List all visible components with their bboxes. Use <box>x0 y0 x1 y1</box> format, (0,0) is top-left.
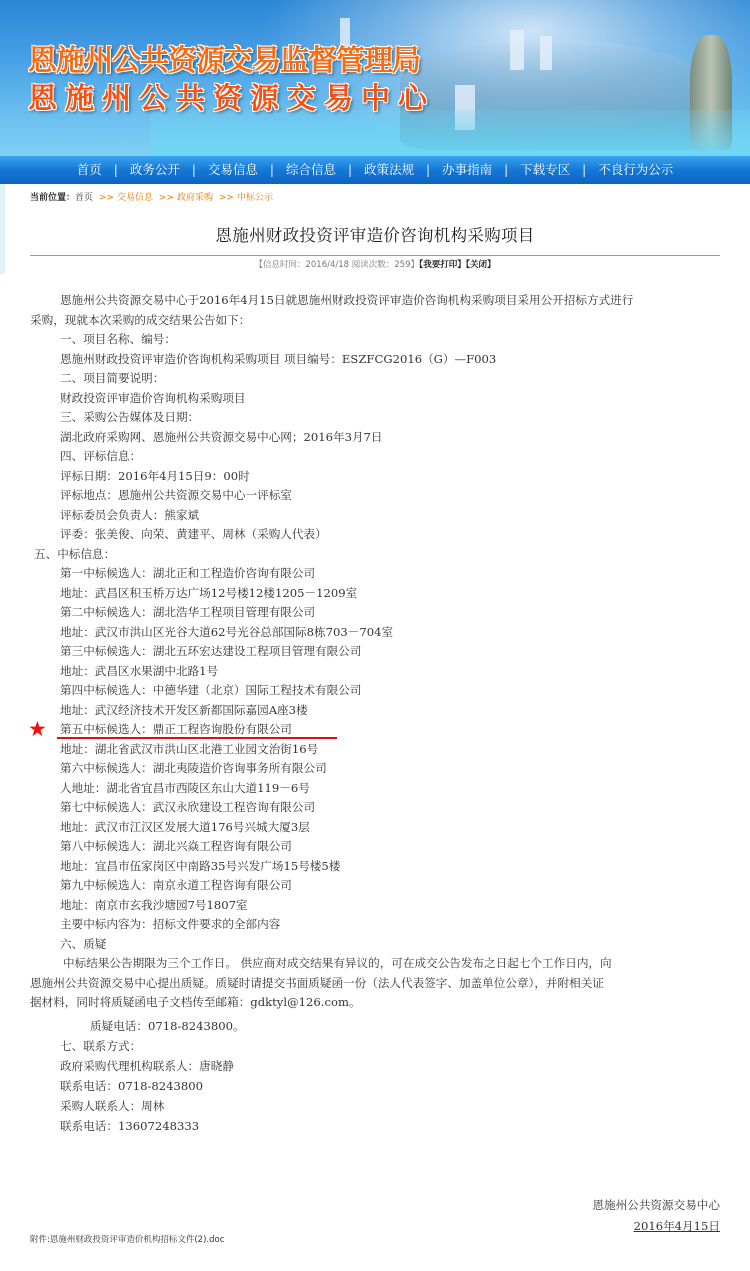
nav-policies[interactable]: 政策法规 <box>352 156 426 184</box>
section-heading: 五、中标信息： <box>34 545 115 564</box>
candidate-5-address: 地址：湖北省武汉市洪山区北港工业园文治街16号 <box>60 740 318 759</box>
evaluation-location: 评标地点：恩施州公共资源交易中心一评标室 <box>60 486 292 505</box>
breadcrumb: 当前位置：首页 >>交易信息 >>政府采购 >>中标公示 <box>30 190 273 203</box>
announcement-media: 湖北政府采购网、恩施州公共资源交易中心网；2016年3月7日 <box>60 428 383 447</box>
signature-date: 2016年4月15日 <box>634 1218 720 1234</box>
candidate-3-address: 地址：武昌区水果湖中北路1号 <box>60 662 218 681</box>
banner-title-center: 恩施州公共资源交易中心 <box>28 76 435 117</box>
signature-org: 恩施州公共资源交易中心 <box>592 1197 720 1213</box>
banner-building <box>510 30 524 70</box>
objection-paragraph-cont: 恩施州公共资源交易中心提出质疑。质疑时请提交书面质疑函一份（法人代表签字、加盖单… <box>30 974 604 993</box>
candidate-9: 第九中标候选人：南京永道工程咨询有限公司 <box>60 876 292 895</box>
candidate-8: 第八中标候选人：湖北兴焱工程咨询有限公司 <box>60 837 292 856</box>
nav-government-affairs[interactable]: 政务公开 <box>118 156 192 184</box>
evaluation-date: 评标日期：2016年4月15日9：00时 <box>60 467 250 486</box>
candidate-4: 第四中标候选人：中德华建（北京）国际工程技术有限公司 <box>60 681 361 700</box>
article-title: 恩施州财政投资评审造价咨询机构采购项目 <box>0 222 750 246</box>
nav-general-info[interactable]: 综合信息 <box>274 156 348 184</box>
candidate-6-address: 人地址：湖北省宜昌市西陵区东山大道119－6号 <box>60 779 310 798</box>
project-name-number: 恩施州财政投资评审造价咨询机构采购项目 项目编号：ESZFCG2016（G）—F… <box>60 350 496 369</box>
section-heading: 四、评标信息： <box>60 447 141 466</box>
section-heading: 六、质疑 <box>60 935 106 954</box>
banner-title-bureau: 恩施州公共资源交易监督管理局 <box>28 38 420 79</box>
breadcrumb-gov-procurement[interactable]: 政府采购 <box>177 193 213 203</box>
committee-head: 评标委员会负责人：熊家斌 <box>60 506 199 525</box>
main-nav: 首页|政务公开|交易信息|综合信息|政策法规|办事指南|下载专区|不良行为公示 <box>0 156 750 184</box>
nav-guide[interactable]: 办事指南 <box>430 156 504 184</box>
candidate-2: 第二中标候选人：湖北浩华工程项目管理有限公司 <box>60 603 315 622</box>
article-meta: 【信息时间：2016/4/18 阅读次数：259】【我要打印】【关闭】 <box>0 258 750 270</box>
breadcrumb-separator: >> <box>159 193 174 203</box>
breadcrumb-separator: >> <box>219 193 234 203</box>
candidate-9-address: 地址：南京市玄我沙塘园7号1807室 <box>60 896 248 915</box>
purchaser-contact: 采购人联系人：周林 <box>60 1097 164 1116</box>
nav-trade-info[interactable]: 交易信息 <box>196 156 270 184</box>
banner-building <box>540 36 552 70</box>
award-content: 主要中标内容为：招标文件要求的全部内容 <box>60 915 280 934</box>
print-link[interactable]: 【我要打印】 <box>419 260 466 270</box>
agency-contact: 政府采购代理机构联系人：唐晓静 <box>60 1057 234 1076</box>
candidate-4-address: 地址：武汉经济技术开发区新都国际嘉园A座3楼 <box>60 701 308 720</box>
paragraph-intro-cont: 采购，现就本次采购的成交结果公告如下： <box>30 311 250 330</box>
article-info: 【信息时间：2016/4/18 阅读次数：259】 <box>254 260 419 270</box>
objection-paragraph: 中标结果公告期限为三个工作日。 供应商对成交结果有异议的，可在成交公告发布之日起… <box>63 954 612 973</box>
star-icon: ★ <box>28 719 47 740</box>
section-heading: 二、项目简要说明： <box>60 369 164 388</box>
candidate-1: 第一中标候选人：湖北正和工程造价咨询有限公司 <box>60 564 315 583</box>
section-heading: 三、采购公告媒体及日期： <box>60 408 199 427</box>
breadcrumb-separator: >> <box>99 193 114 203</box>
candidate-6: 第六中标候选人：湖北夷陵造价咨询事务所有限公司 <box>60 759 327 778</box>
title-divider <box>30 255 720 256</box>
section-heading: 一、项目名称、编号： <box>60 330 176 349</box>
breadcrumb-label: 当前位置： <box>30 193 75 203</box>
agency-phone: 联系电话：0718-8243800 <box>60 1077 203 1096</box>
candidate-7-address: 地址：武汉市江汉区发展大道176号兴城大厦3层 <box>60 818 310 837</box>
nav-downloads[interactable]: 下载专区 <box>508 156 582 184</box>
paragraph-intro: 恩施州公共资源交易中心于2016年4月15日就恩施州财政投资评审造价咨询机构采购… <box>60 291 633 310</box>
project-summary: 财政投资评审造价咨询机构采购项目 <box>60 389 246 408</box>
candidate-2-address: 地址：武汉市洪山区光谷大道62号光谷总部国际8栋703－704室 <box>60 623 393 642</box>
attachment-link[interactable]: 附件:恩施州财政投资评审造价机构招标文件(2).doc <box>30 1233 224 1245</box>
candidate-8-address: 地址：宜昌市伍家岗区中南路35号兴发广场15号楼5楼 <box>60 857 340 876</box>
close-link[interactable]: 【关闭】 <box>466 260 496 270</box>
site-banner: 恩施州公共资源交易监督管理局 恩施州公共资源交易中心 <box>0 0 750 156</box>
candidate-3: 第三中标候选人：湖北五环宏达建设工程项目管理有限公司 <box>60 642 361 661</box>
nav-home[interactable]: 首页 <box>65 156 114 184</box>
purchaser-phone: 联系电话：13607248333 <box>60 1117 199 1136</box>
breadcrumb-award-notice[interactable]: 中标公示 <box>237 193 273 203</box>
committee-members: 评委：张美俊、向荣、黄建平、周林（采购人代表） <box>60 525 327 544</box>
nav-misconduct[interactable]: 不良行为公示 <box>586 156 685 184</box>
section-heading: 七、联系方式： <box>60 1037 141 1056</box>
candidate-7: 第七中标候选人：武汉永欣建设工程咨询有限公司 <box>60 798 315 817</box>
objection-phone: 质疑电话：0718-8243800。 <box>90 1017 245 1036</box>
candidate-1-address: 地址：武昌区积玉桥万达广场12号楼12楼1205－1209室 <box>60 584 357 603</box>
breadcrumb-home[interactable]: 首页 <box>75 193 93 203</box>
breadcrumb-trade-info[interactable]: 交易信息 <box>117 193 153 203</box>
objection-paragraph-cont: 据材料，同时将质疑函电子文档传至邮箱：gdktyl@126.com。 <box>30 993 361 1012</box>
